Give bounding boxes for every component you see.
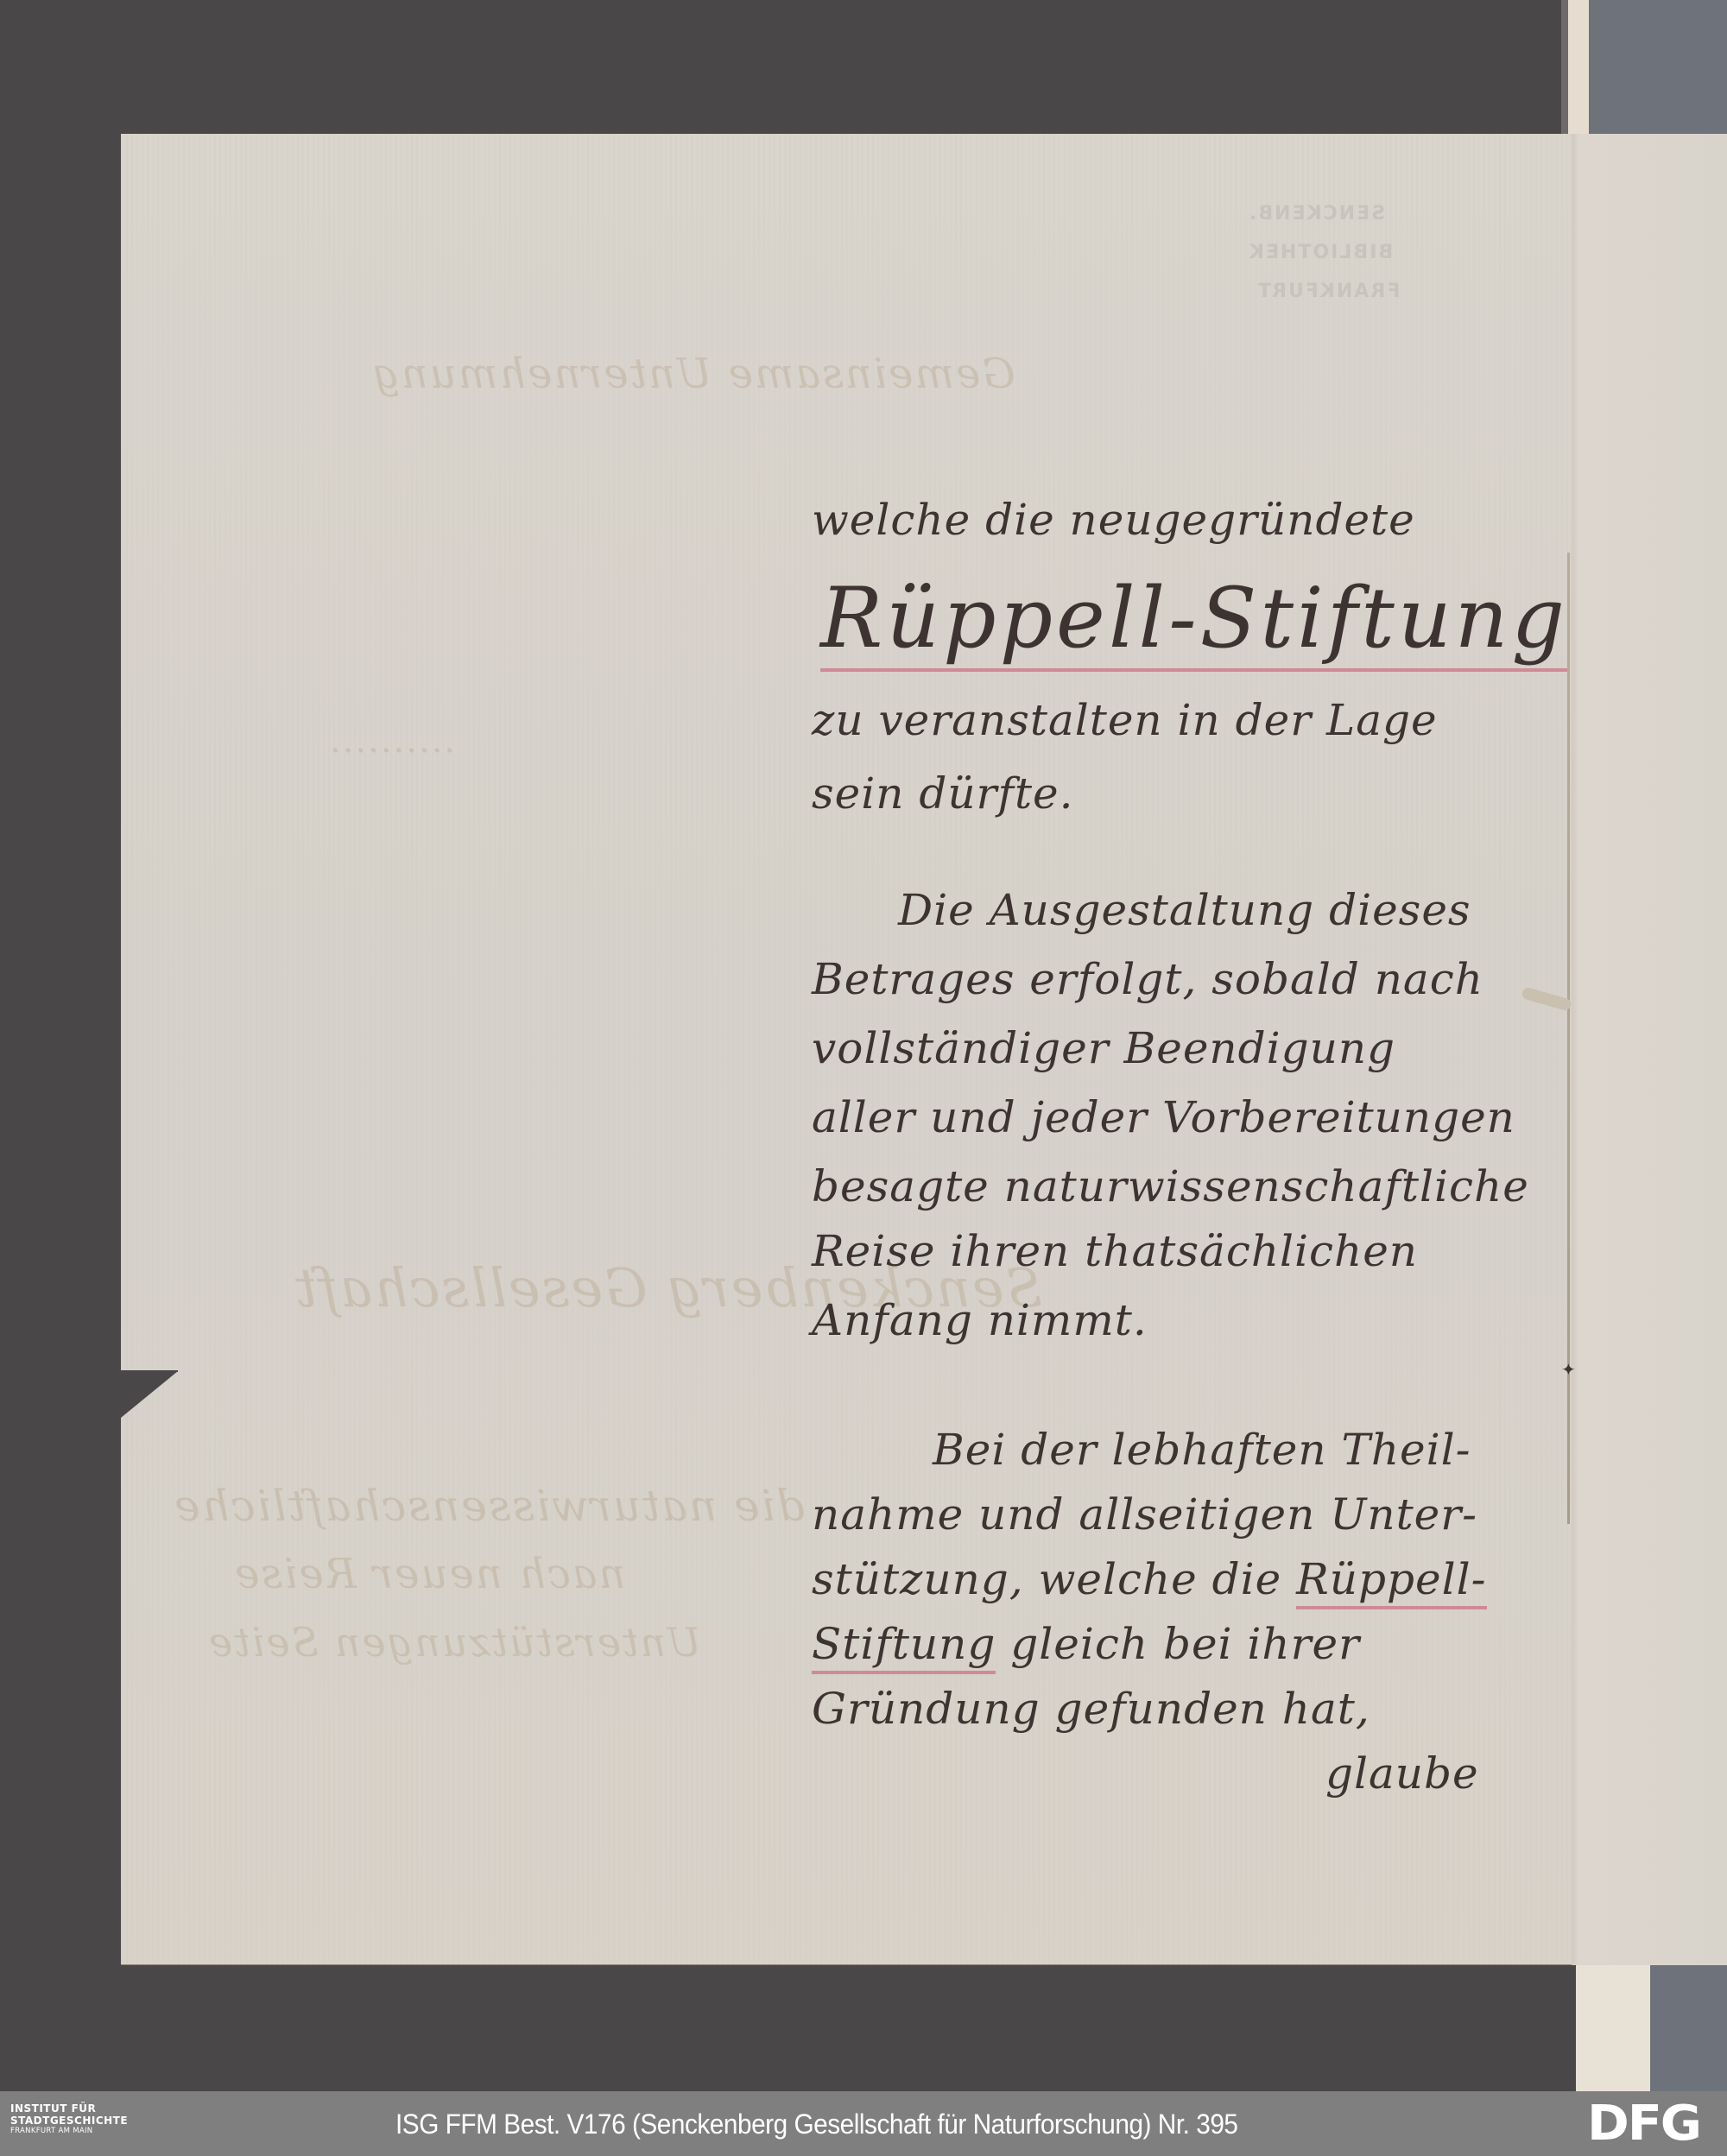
institute-logo-line1: INSTITUT FÜR <box>10 2103 128 2114</box>
handwriting-line: sein dürfte. <box>812 768 1074 819</box>
handwriting-line: welche die neugegründete <box>812 495 1415 545</box>
highlighted-name: Stiftung <box>812 1619 996 1674</box>
page-edge-strip-top <box>1568 0 1589 138</box>
show-through-stamp: SENCKENB. <box>1248 203 1385 224</box>
handwriting-line: Bei der lebhaften Theil- <box>933 1425 1471 1475</box>
handwriting-line: Betrages erfolgt, sobald nach <box>812 954 1483 1004</box>
show-through-text: Unterstützungen Seite <box>207 1619 701 1666</box>
handwriting-line: Reise ihren thatsächlichen <box>812 1226 1418 1276</box>
show-through-text: Gemeinsame Unternehmung <box>371 350 1015 398</box>
institute-logo: INSTITUT FÜR STADTGESCHICHTE FRANKFURT A… <box>10 2103 128 2135</box>
handwriting-line: vollständiger Beendigung <box>812 1023 1395 1073</box>
show-through-text: nach neuer Reise <box>233 1550 625 1598</box>
highlighted-name: Rüppell-Stiftung <box>820 570 1568 672</box>
handwriting-line: Die Ausgestaltung dieses <box>898 885 1471 935</box>
handwriting-line: stützung, welche die Rüppell- <box>812 1554 1487 1604</box>
paper-notch <box>121 1371 178 1418</box>
show-through-stamp: BIBLIOTHEK <box>1248 242 1393 263</box>
archive-signature-caption: ISG FFM Best. V176 (Senckenberg Gesellsc… <box>395 2109 1237 2140</box>
handwriting-segment: gleich bei ihrer <box>1010 1619 1360 1669</box>
handwriting-line: Gründung gefunden hat, <box>812 1684 1370 1734</box>
dfg-logo: DFG <box>1587 2100 1700 2148</box>
show-through-stamp: FRANKFURT <box>1256 281 1400 302</box>
catchword: glaube <box>1325 1748 1479 1799</box>
handwriting-line: besagte naturwissenschaftliche <box>812 1161 1529 1211</box>
ink-mark-icon: ✦ <box>1561 1361 1576 1378</box>
show-through-text: die naturwissenschaftliche <box>173 1481 805 1531</box>
handwriting-line: nahme und allseitigen Unter- <box>812 1489 1477 1540</box>
handwriting-segment: stützung, welche die <box>812 1554 1281 1604</box>
document-heading: Rüppell-Stiftung <box>820 570 1568 667</box>
handwriting-line: aller und jeder Vorbereitungen <box>812 1092 1515 1142</box>
scan-viewport: Gemeinsame Unternehmung .......... Senck… <box>0 0 1727 2091</box>
handwriting-line: zu veranstalten in der Lage <box>812 695 1438 745</box>
page-edge-strip-bottom <box>1576 1965 1650 2091</box>
backing-board-right-bottom <box>1650 1965 1727 2091</box>
institute-logo-line3: FRANKFURT AM MAIN <box>10 2128 128 2135</box>
facing-page <box>1572 134 1727 1965</box>
highlighted-name: Rüppell- <box>1296 1554 1486 1609</box>
handwriting-line: Stiftung gleich bei ihrer <box>812 1619 1360 1669</box>
handwriting-line: Anfang nimmt. <box>812 1295 1148 1345</box>
institute-logo-line2: STADTGESCHICHTE <box>10 2115 128 2126</box>
show-through-text: .......... <box>328 721 455 761</box>
archive-footer-bar: INSTITUT FÜR STADTGESCHICHTE FRANKFURT A… <box>0 2091 1727 2156</box>
document-sheet: Gemeinsame Unternehmung .......... Senck… <box>121 134 1580 1964</box>
